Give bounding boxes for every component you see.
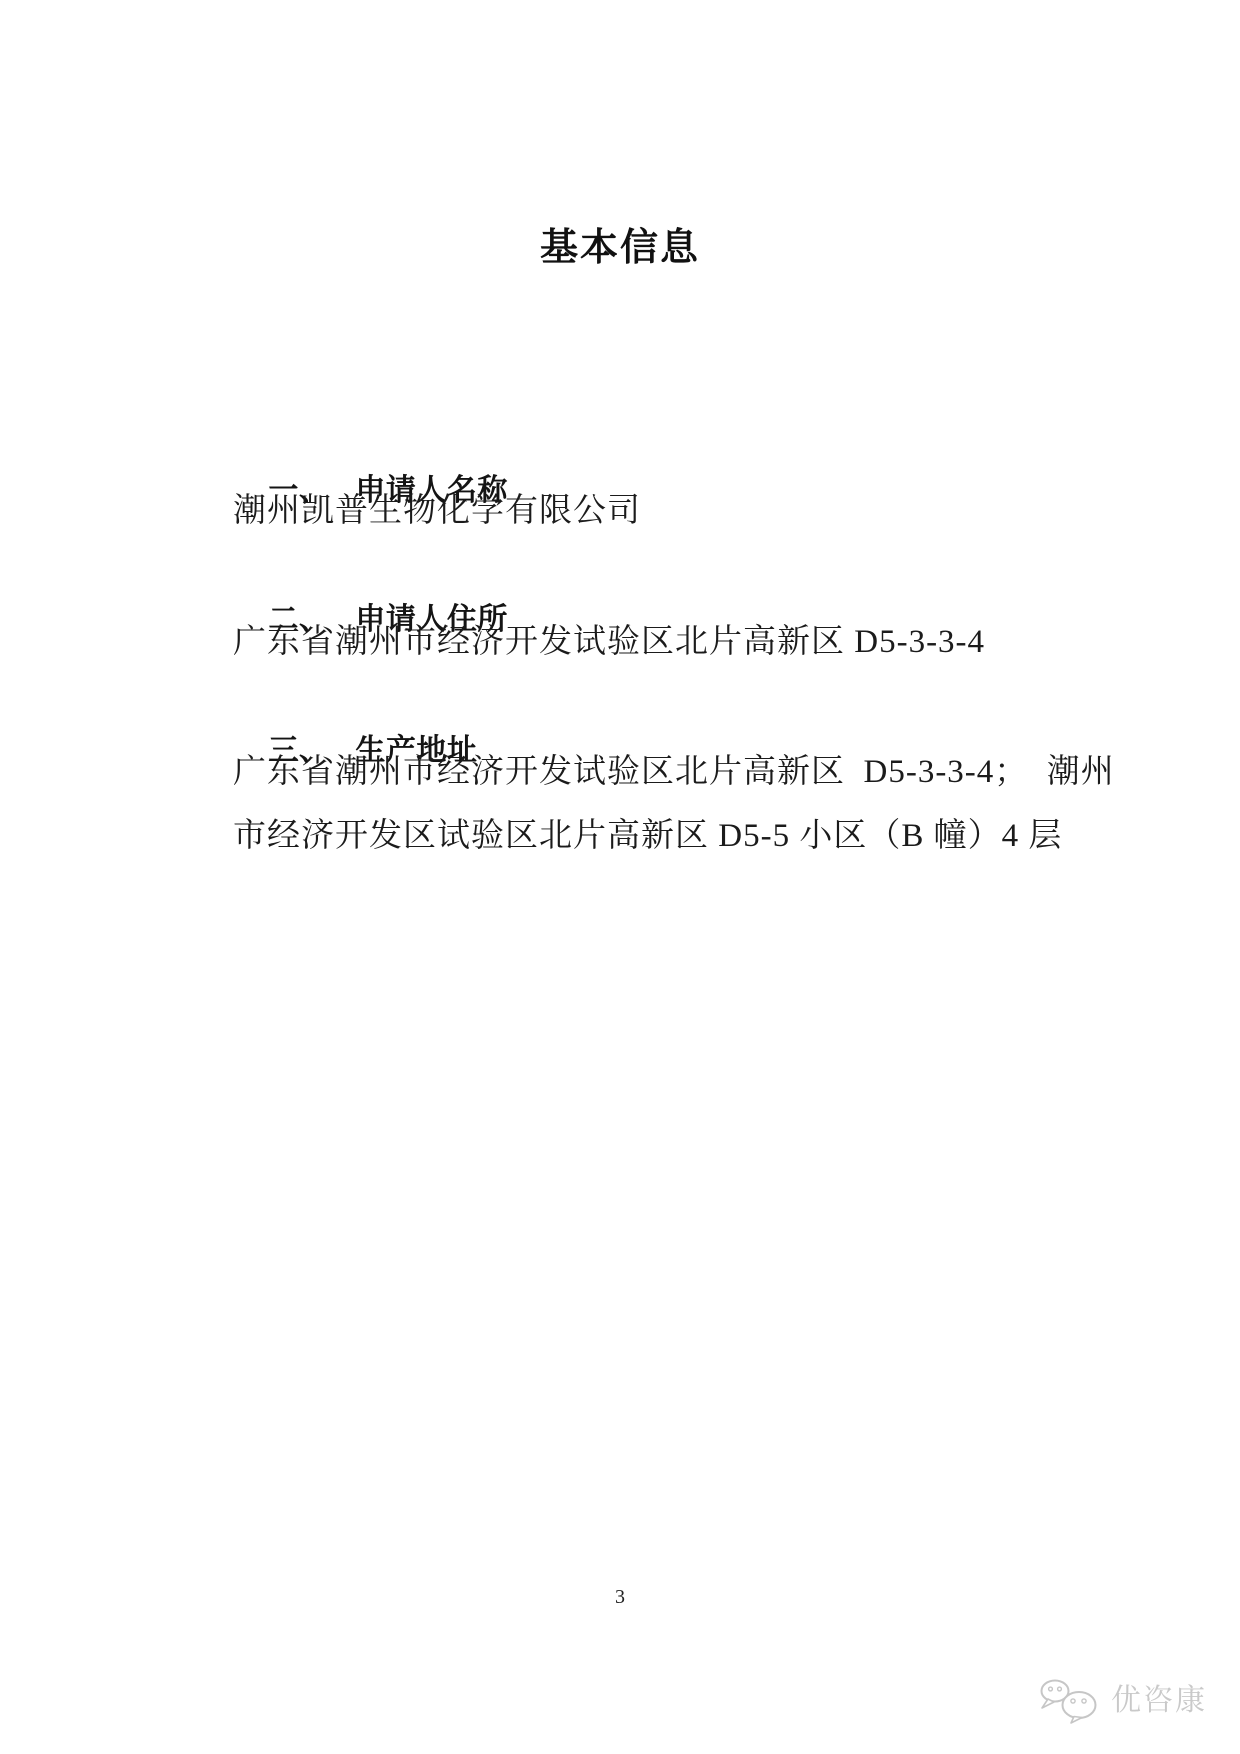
document-page: 基本信息 一、申请人名称 潮州凯普生物化学有限公司 二、申请人住所 广东省潮州市…	[0, 0, 1240, 1754]
watermark-label: 优咨康	[1111, 1678, 1207, 1724]
section-3-body-line-1: 广东省潮州市经济开发试验区北片高新区 D5-3-3-4； 潮州	[233, 750, 1090, 794]
page-number: 3	[0, 1585, 1240, 1609]
wechat-icon	[1038, 1678, 1104, 1724]
section-1-heading: 一、申请人名称	[233, 425, 1090, 469]
page-title: 基本信息	[0, 224, 1240, 272]
section-2-heading: 二、申请人住所	[233, 554, 1090, 598]
section-2-body-line-1: 广东省潮州市经济开发试验区北片高新区 D5-3-3-4	[233, 620, 1090, 664]
section-3-body-line-2: 市经济开发区试验区北片高新区 D5-5 小区（B 幢）4 层	[233, 814, 1090, 858]
watermark: 优咨康	[1038, 1678, 1207, 1724]
section-3-heading: 三、生产地址	[233, 685, 1090, 729]
section-1-body-line-1: 潮州凯普生物化学有限公司	[233, 489, 1090, 533]
